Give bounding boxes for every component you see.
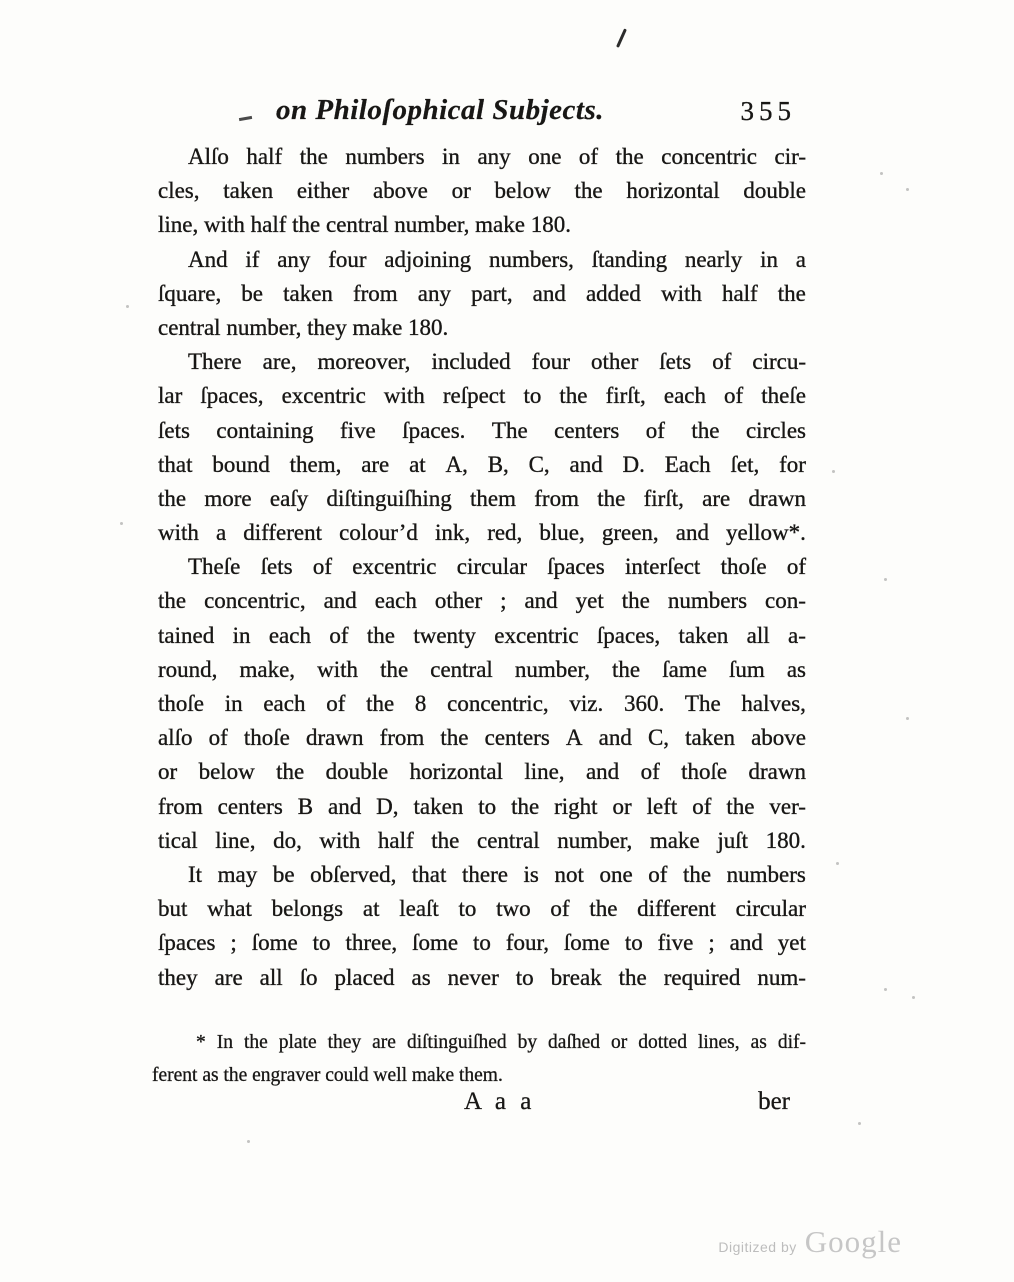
text-line: round,make,withthecentralnumber,theſameſ… <box>158 653 806 687</box>
scan-speck <box>906 717 909 720</box>
scan-speck <box>884 988 887 991</box>
text-line: tainedineachofthetwentyexcentricſpaces,t… <box>158 619 806 653</box>
text-line: larſpaces,excentricwithreſpecttothefirſt… <box>158 379 806 413</box>
text-line: ſpaces;ſometothree,ſometofour,ſometofive… <box>158 926 806 960</box>
text-line: themoreeaſydiſtinguiſhingthemfromthefirſ… <box>158 482 806 516</box>
footnote: *Intheplatetheyarediſtinguiſhedbydaſhedo… <box>152 1026 806 1092</box>
text-line: ſquare,betakenfromanypart,andaddedwithha… <box>158 277 806 311</box>
text-line: butwhatbelongsatleaſttotwoofthedifferent… <box>158 892 806 926</box>
scan-speck <box>880 172 883 175</box>
watermark-prefix: Digitized by <box>718 1239 796 1255</box>
text-line: alſoofthoſedrawnfromthecentersAandC,take… <box>158 721 806 755</box>
running-title: on Philoſophical Subjects. <box>276 92 604 128</box>
text-line: ticalline,do,withhalfthecentralnumber,ma… <box>158 824 806 858</box>
scan-speck <box>858 1122 861 1125</box>
running-head: on Philoſophical Subjects. 355 <box>158 92 806 134</box>
scan-speck <box>832 470 835 473</box>
text-line: thatboundthem,areatA,B,C,andD.Eachſet,fo… <box>158 448 806 482</box>
text-line: Alſohalfthenumbersinanyoneoftheconcentri… <box>158 140 806 174</box>
text-line: theconcentric,andeachother;andyetthenumb… <box>158 584 806 618</box>
catchword: ber <box>758 1088 790 1116</box>
text-line: Itmaybeobſerved,thatthereisnotoneofthenu… <box>158 858 806 892</box>
book-page-scan: on Philoſophical Subjects. 355 Alſohalft… <box>0 0 1014 1282</box>
text-line: thoſeineachofthe8concentric,viz.360.Theh… <box>158 687 806 721</box>
text-line: orbelowthedoublehorizontalline,andofthoſ… <box>158 755 806 789</box>
text-line: line, with half the central number, make… <box>158 208 806 242</box>
text-line: cles,takeneitheraboveorbelowthehorizonta… <box>158 174 806 208</box>
page-number: 355 <box>741 96 797 127</box>
signature-row: A a a ber <box>158 1088 806 1122</box>
scan-speck <box>247 1140 250 1143</box>
text-line: theyareallſoplacedasnevertobreaktherequi… <box>158 961 806 995</box>
scan-speck <box>126 305 129 308</box>
scan-speck <box>884 578 887 581</box>
text-line: ſetscontainingfiveſpaces.Thecentersofthe… <box>158 414 806 448</box>
scan-speck <box>912 996 915 999</box>
text-line: fromcentersBandD,takentotherightorleftof… <box>158 790 806 824</box>
scan-speck <box>906 188 909 191</box>
text-line: withadifferentcolour’dink,red,blue,green… <box>158 516 806 550</box>
scan-speck <box>120 522 123 525</box>
google-logo: Google <box>805 1224 902 1260</box>
scan-speck <box>836 862 839 865</box>
main-text: Alſohalfthenumbersinanyoneoftheconcentri… <box>158 140 806 995</box>
footnote-line: *Intheplatetheyarediſtinguiſhedbydaſhedo… <box>152 1026 806 1059</box>
text-line: Theſeſetsofexcentriccircularſpacesinterſ… <box>158 550 806 584</box>
scan-artifact <box>616 28 626 47</box>
digitized-watermark: Digitized by Google <box>718 1224 902 1260</box>
signature-mark: A a a <box>464 1088 535 1116</box>
text-line: central number, they make 180. <box>158 311 806 345</box>
text-line: Thereare,moreover,includedfourotherſetso… <box>158 345 806 379</box>
text-line: Andifanyfouradjoiningnumbers,ſtandingnea… <box>158 243 806 277</box>
